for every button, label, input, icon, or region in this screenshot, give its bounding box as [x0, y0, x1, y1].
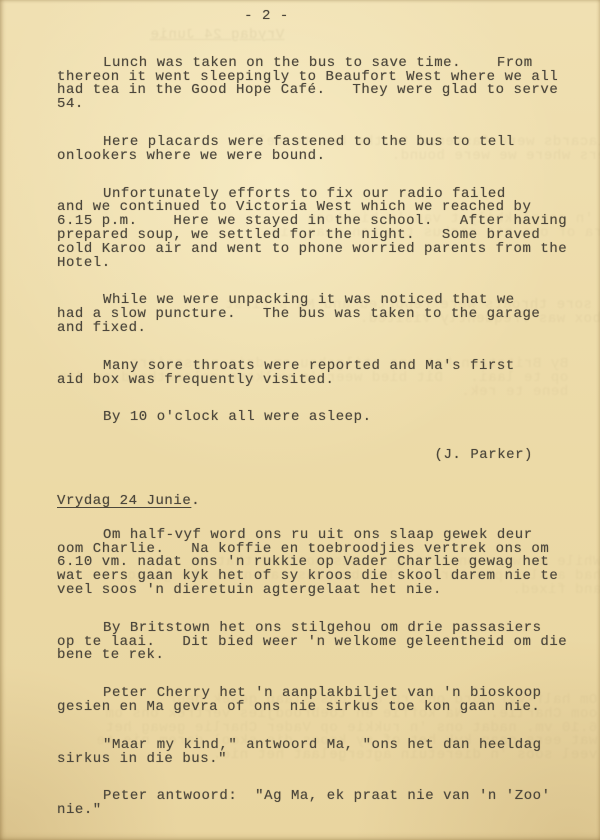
page-number: - 2 -: [0, 10, 538, 24]
signoff-author: (J. Parker): [57, 449, 533, 463]
paragraph-britstown: By Britstown het ons stilgehou om drie p…: [57, 622, 600, 663]
paragraph-peter-zoo-antwoord: Peter antwoord: "Ag Ma, ek praat nie van…: [57, 790, 600, 818]
paragraph-slow-puncture: While we were unpacking it was noticed t…: [57, 294, 600, 335]
paragraph-lunch-bus: Lunch was taken on the bus to save time.…: [57, 57, 600, 112]
paragraph-sore-throats: Many sore throats were reported and Ma's…: [57, 360, 600, 388]
paragraph-asleep: By 10 o'clock all were asleep.: [57, 411, 600, 425]
section-heading-text: Vrydag 24 Junie: [57, 493, 191, 509]
paragraph-radio-victoria-west: Unfortunately efforts to fix our radio f…: [57, 188, 600, 271]
section-heading-vrydag-24-junie: Vrydag 24 Junie.: [57, 495, 600, 509]
paragraph-ma-sirkus-antwoord: "Maar my kind," antwoord Ma, "ons het da…: [57, 739, 600, 767]
bleed-through-text: Vrydag 24 Junie: [150, 29, 284, 43]
document-page: Vrydag 24 Junie Here placards were faste…: [0, 0, 600, 840]
section-heading-period: .: [191, 493, 200, 509]
paragraph-peter-cherry-bioskoop: Peter Cherry het 'n aanplakbiljet van 'n…: [57, 687, 600, 715]
paragraph-oom-charlie: Om half-vyf word ons ru uit ons slaap ge…: [57, 529, 600, 598]
paragraph-placards: Here placards were fastened to the bus t…: [57, 136, 600, 164]
